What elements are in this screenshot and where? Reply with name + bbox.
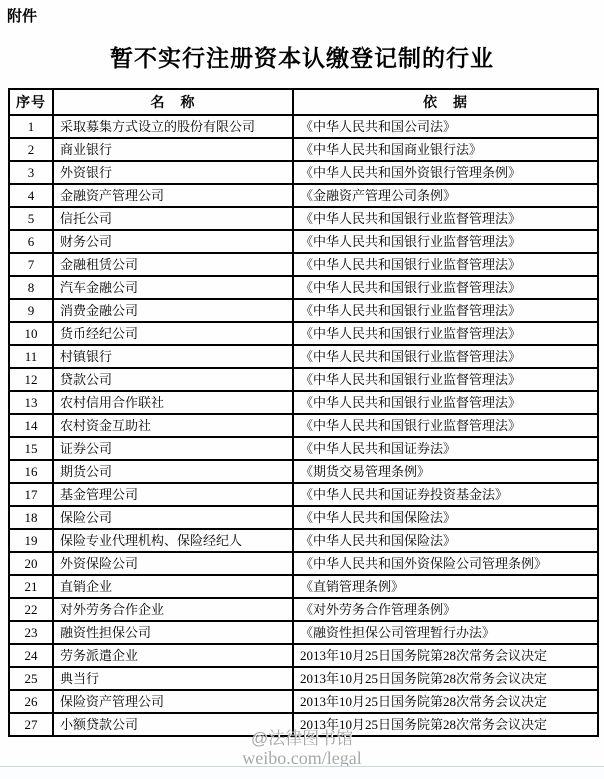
cell-basis: 《中华人民共和国银行业监督管理法》	[293, 391, 598, 414]
table-row: 2商业银行《中华人民共和国商业银行法》	[9, 138, 598, 161]
column-header-name: 名 称	[53, 89, 293, 115]
cell-basis: 《中华人民共和国外资保险公司管理条例》	[293, 552, 598, 575]
cell-name: 外资银行	[53, 161, 293, 184]
cell-name: 财务公司	[53, 230, 293, 253]
cell-no: 19	[9, 529, 53, 552]
cell-name: 货币经纪公司	[53, 322, 293, 345]
cell-name: 农村信用合作联社	[53, 391, 293, 414]
cell-no: 12	[9, 368, 53, 391]
cell-name: 贷款公司	[53, 368, 293, 391]
cell-no: 9	[9, 299, 53, 322]
table-row: 23融资性担保公司《融资性担保公司管理暂行办法》	[9, 621, 598, 644]
cell-basis: 《中华人民共和国银行业监督管理法》	[293, 253, 598, 276]
cell-basis: 《中华人民共和国银行业监督管理法》	[293, 345, 598, 368]
table-row: 15证券公司《中华人民共和国证券法》	[9, 437, 598, 460]
table-header-row: 序号 名 称 依 据	[9, 89, 598, 115]
table-row: 24劳务派遣企业2013年10月25日国务院第28次常务会议决定	[9, 644, 598, 667]
cell-basis: 《中华人民共和国银行业监督管理法》	[293, 276, 598, 299]
cell-basis: 《中华人民共和国商业银行法》	[293, 138, 598, 161]
cell-basis: 《中华人民共和国银行业监督管理法》	[293, 299, 598, 322]
table-row: 18保险公司《中华人民共和国保险法》	[9, 506, 598, 529]
cell-name: 保险专业代理机构、保险经纪人	[53, 529, 293, 552]
cell-no: 15	[9, 437, 53, 460]
cell-basis: 2013年10月25日国务院第28次常务会议决定	[293, 690, 598, 713]
attachment-label: 附件	[7, 5, 37, 26]
column-header-basis: 依 据	[293, 89, 598, 115]
cell-no: 23	[9, 621, 53, 644]
cell-name: 村镇银行	[53, 345, 293, 368]
cell-no: 3	[9, 161, 53, 184]
table-row: 17基金管理公司《中华人民共和国证券投资基金法》	[9, 483, 598, 506]
cell-name: 外资保险公司	[53, 552, 293, 575]
cell-name: 证券公司	[53, 437, 293, 460]
table-row: 21直销企业《直销管理条例》	[9, 575, 598, 598]
page-title: 暂不实行注册资本认缴登记制的行业	[0, 40, 604, 73]
cell-basis: 《中华人民共和国保险法》	[293, 529, 598, 552]
cell-name: 保险公司	[53, 506, 293, 529]
cell-name: 信托公司	[53, 207, 293, 230]
cell-name: 汽车金融公司	[53, 276, 293, 299]
cell-name: 采取募集方式设立的股份有限公司	[53, 115, 293, 138]
cell-no: 1	[9, 115, 53, 138]
cell-basis: 《期货交易管理条例》	[293, 460, 598, 483]
cell-no: 10	[9, 322, 53, 345]
table-row: 7金融租赁公司《中华人民共和国银行业监督管理法》	[9, 253, 598, 276]
table-row: 22对外劳务合作企业《对外劳务合作管理条例》	[9, 598, 598, 621]
cell-basis: 《中华人民共和国证券法》	[293, 437, 598, 460]
table-row: 6财务公司《中华人民共和国银行业监督管理法》	[9, 230, 598, 253]
bottom-divider	[0, 766, 604, 779]
cell-name: 基金管理公司	[53, 483, 293, 506]
cell-name: 商业银行	[53, 138, 293, 161]
cell-name: 对外劳务合作企业	[53, 598, 293, 621]
cell-no: 2	[9, 138, 53, 161]
cell-basis: 《中华人民共和国银行业监督管理法》	[293, 414, 598, 437]
cell-no: 7	[9, 253, 53, 276]
cell-basis: 《直销管理条例》	[293, 575, 598, 598]
cell-basis: 《融资性担保公司管理暂行办法》	[293, 621, 598, 644]
cell-no: 18	[9, 506, 53, 529]
cell-name: 保险资产管理公司	[53, 690, 293, 713]
cell-no: 14	[9, 414, 53, 437]
cell-no: 11	[9, 345, 53, 368]
table-row: 20外资保险公司《中华人民共和国外资保险公司管理条例》	[9, 552, 598, 575]
cell-name: 直销企业	[53, 575, 293, 598]
cell-basis: 《中华人民共和国公司法》	[293, 115, 598, 138]
cell-name: 期货公司	[53, 460, 293, 483]
cell-basis: 《对外劳务合作管理条例》	[293, 598, 598, 621]
cell-basis: 《金融资产管理公司条例》	[293, 184, 598, 207]
industry-table: 序号 名 称 依 据 1采取募集方式设立的股份有限公司《中华人民共和国公司法》2…	[8, 88, 599, 737]
cell-no: 13	[9, 391, 53, 414]
cell-no: 17	[9, 483, 53, 506]
table-row: 25典当行2013年10月25日国务院第28次常务会议决定	[9, 667, 598, 690]
cell-name: 金融租赁公司	[53, 253, 293, 276]
table-row: 19保险专业代理机构、保险经纪人《中华人民共和国保险法》	[9, 529, 598, 552]
table-row: 12贷款公司《中华人民共和国银行业监督管理法》	[9, 368, 598, 391]
cell-basis: 《中华人民共和国保险法》	[293, 506, 598, 529]
table-row: 14农村资金互助社《中华人民共和国银行业监督管理法》	[9, 414, 598, 437]
cell-basis: 《中华人民共和国外资银行管理条例》	[293, 161, 598, 184]
cell-no: 21	[9, 575, 53, 598]
table-row: 11村镇银行《中华人民共和国银行业监督管理法》	[9, 345, 598, 368]
cell-no: 25	[9, 667, 53, 690]
table-row: 5信托公司《中华人民共和国银行业监督管理法》	[9, 207, 598, 230]
cell-no: 6	[9, 230, 53, 253]
cell-no: 20	[9, 552, 53, 575]
cell-name: 金融资产管理公司	[53, 184, 293, 207]
cell-no: 16	[9, 460, 53, 483]
cell-no: 24	[9, 644, 53, 667]
cell-basis: 《中华人民共和国银行业监督管理法》	[293, 322, 598, 345]
cell-basis: 《中华人民共和国银行业监督管理法》	[293, 368, 598, 391]
watermark-author: @法律图书馆	[0, 730, 604, 749]
cell-name: 典当行	[53, 667, 293, 690]
cell-basis: 《中华人民共和国证券投资基金法》	[293, 483, 598, 506]
watermark: @法律图书馆 weibo.com/legal	[0, 730, 604, 768]
table-row: 4金融资产管理公司《金融资产管理公司条例》	[9, 184, 598, 207]
table-row: 13农村信用合作联社《中华人民共和国银行业监督管理法》	[9, 391, 598, 414]
table-row: 3外资银行《中华人民共和国外资银行管理条例》	[9, 161, 598, 184]
table-row: 9消费金融公司《中华人民共和国银行业监督管理法》	[9, 299, 598, 322]
cell-no: 26	[9, 690, 53, 713]
cell-name: 融资性担保公司	[53, 621, 293, 644]
cell-name: 农村资金互助社	[53, 414, 293, 437]
table-row: 26保险资产管理公司2013年10月25日国务院第28次常务会议决定	[9, 690, 598, 713]
cell-basis: 2013年10月25日国务院第28次常务会议决定	[293, 644, 598, 667]
cell-basis: 《中华人民共和国银行业监督管理法》	[293, 207, 598, 230]
cell-no: 22	[9, 598, 53, 621]
table-body: 1采取募集方式设立的股份有限公司《中华人民共和国公司法》2商业银行《中华人民共和…	[9, 115, 598, 736]
table-row: 1采取募集方式设立的股份有限公司《中华人民共和国公司法》	[9, 115, 598, 138]
cell-name: 消费金融公司	[53, 299, 293, 322]
cell-no: 5	[9, 207, 53, 230]
table-row: 16期货公司《期货交易管理条例》	[9, 460, 598, 483]
cell-basis: 《中华人民共和国银行业监督管理法》	[293, 230, 598, 253]
cell-name: 劳务派遣企业	[53, 644, 293, 667]
cell-no: 8	[9, 276, 53, 299]
cell-basis: 2013年10月25日国务院第28次常务会议决定	[293, 667, 598, 690]
table-row: 10货币经纪公司《中华人民共和国银行业监督管理法》	[9, 322, 598, 345]
cell-no: 4	[9, 184, 53, 207]
column-header-no: 序号	[9, 89, 53, 115]
table-row: 8汽车金融公司《中华人民共和国银行业监督管理法》	[9, 276, 598, 299]
